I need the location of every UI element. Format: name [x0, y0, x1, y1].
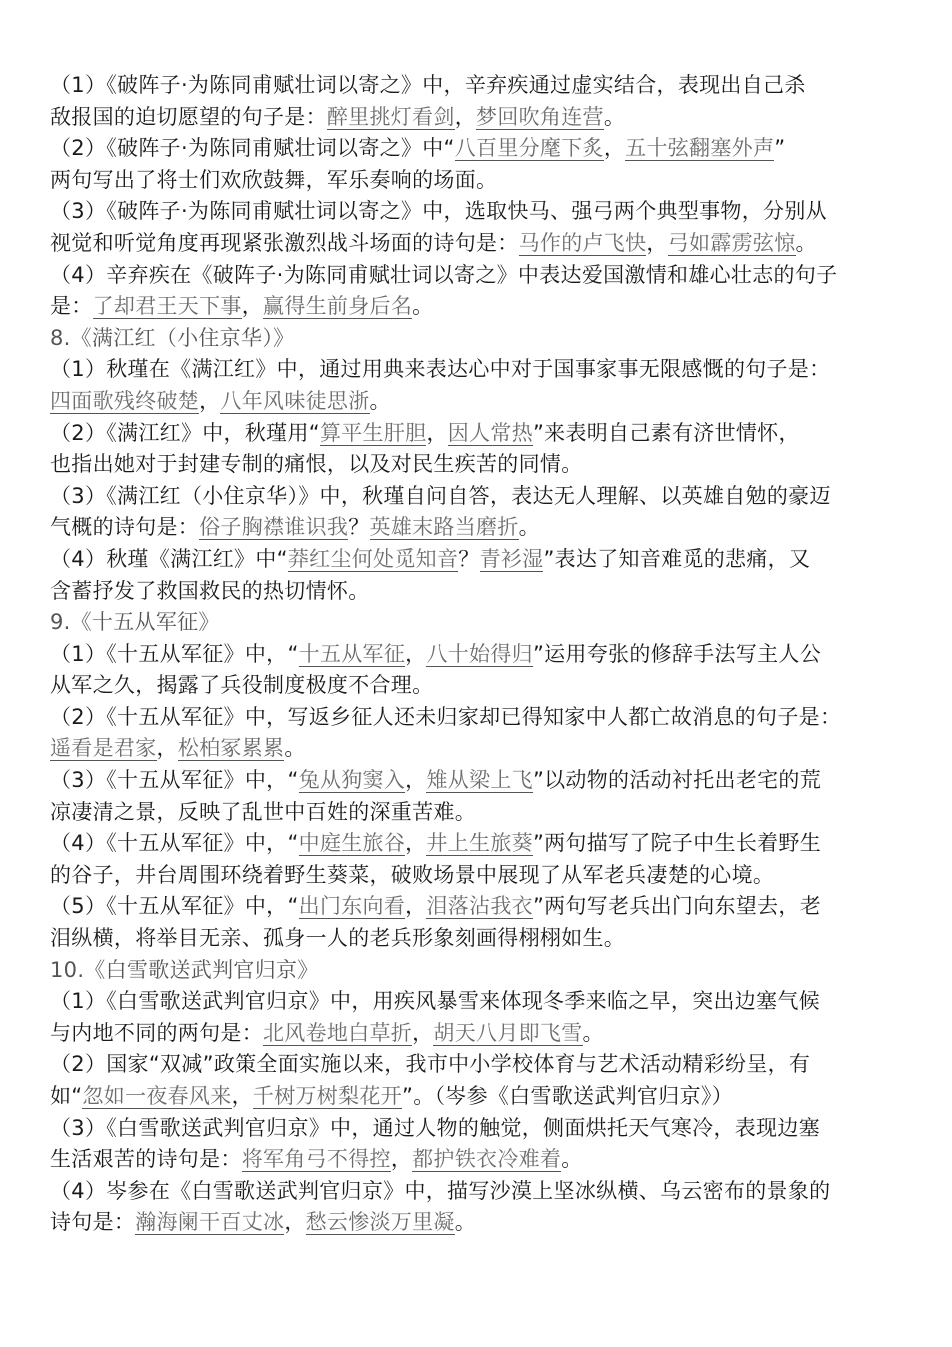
section-s9: 9.《十五从军征》（1）《十五从军征》中，“十五从军征，八十始得归”运用夸张的修…: [50, 607, 890, 955]
question-text: （3）《破阵子·为陈同甫赋壮词以寄之》中，选取快马、强弓两个典型事物，分别从: [50, 199, 827, 223]
question-text: ，: [412, 1021, 433, 1045]
section-heading: 10.《白雪歌送武判官归京》: [50, 955, 890, 987]
question-text: （2）《破阵子·为陈同甫赋壮词以寄之》中“: [50, 136, 455, 160]
answer-blank: 北风卷地白草折: [263, 1021, 412, 1046]
section-heading: 9.《十五从军征》: [50, 607, 890, 639]
question-item: （4）辛弃疾在《破阵子·为陈同甫赋壮词以寄之》中表达爱国激情和雄心壮志的句子是：…: [50, 260, 890, 323]
answer-blank: 五十弦翻塞外声: [625, 136, 774, 161]
answer-blank: 兔从狗窦入: [299, 768, 406, 793]
question-text: （3）《白雪歌送武判官归京》中，通过人物的触觉，侧面烘托天气寒冷，表现边塞: [50, 1116, 820, 1140]
question-text: （4）岑参在《白雪歌送武判官归京》中，描写沙漠上坚冰纵横、乌云密布的景象的: [50, 1179, 830, 1203]
question-text: ”。（岑参《白雪歌送武判官归京》）: [402, 1084, 733, 1108]
question-text: （4）《十五从军征》中，“: [50, 831, 299, 855]
text-line: （3）《满江红（小住京华）》中，秋瑾自问自答，表达无人理解、以英雄自勉的豪迈: [50, 481, 890, 513]
text-line: 四面歌残终破楚，八年风味徒思浙。: [50, 386, 890, 418]
answer-blank: 八年风味徒思浙: [220, 389, 369, 414]
question-item: （5）《十五从军征》中，“出门东向看，泪落沾我衣”两句写老兵出门向东望去，老泪纵…: [50, 891, 890, 954]
question-text: ”表达了知音难觅的悲痛，又: [543, 547, 810, 571]
answer-blank: 因人常热: [448, 421, 533, 446]
question-text: （2）《满江红》中，秋瑾用“: [50, 421, 320, 445]
question-item: （2）《满江红》中，秋瑾用“算平生肝胆，因人常热”来表明自己素有济世情怀，也指出…: [50, 418, 890, 481]
text-line: （4）辛弃疾在《破阵子·为陈同甫赋壮词以寄之》中表达爱国激情和雄心壮志的句子: [50, 260, 890, 292]
answer-blank: 马作的卢飞快: [519, 231, 647, 256]
answer-blank: 梦回吹角连营: [476, 105, 604, 130]
question-text: （1）《白雪歌送武判官归京》中，用疾风暴雪来体现冬季来临之早，突出边塞气候: [50, 989, 820, 1013]
answer-blank: 遥看是君家: [50, 736, 157, 761]
question-text: ，: [242, 294, 263, 318]
answer-blank: 愁云惨淡万里凝: [306, 1210, 455, 1235]
text-line: 的谷子，井台周围环绕着野生葵菜，破败场景中展现了从军老兵凄楚的心境。: [50, 860, 890, 892]
text-line: （5）《十五从军征》中，“出门东向看，泪落沾我衣”两句写老兵出门向东望去，老: [50, 891, 890, 923]
question-text: 从军之久，揭露了兵役制度极度不合理。: [50, 673, 433, 697]
text-line: （1）《十五从军征》中，“十五从军征，八十始得归”运用夸张的修辞手法写主人公: [50, 639, 890, 671]
text-line: 诗句是：瀚海阑干百丈冰，愁云惨淡万里凝。: [50, 1207, 890, 1239]
answer-blank: 莽红尘何处觅知音: [288, 547, 458, 572]
text-line: （2）《满江红》中，秋瑾用“算平生肝胆，因人常热”来表明自己素有济世情怀，: [50, 418, 890, 450]
answer-blank: 四面歌残终破楚: [50, 389, 199, 414]
question-text: 生活艰苦的诗句是：: [50, 1147, 242, 1171]
question-text: 。: [561, 1147, 582, 1171]
text-line: （1）《白雪歌送武判官归京》中，用疾风暴雪来体现冬季来临之早，突出边塞气候: [50, 986, 890, 1018]
question-text: （4）辛弃疾在《破阵子·为陈同甫赋壮词以寄之》中表达爱国激情和雄心壮志的句子: [50, 263, 837, 287]
text-line: 敌报国的迫切愿望的句子是：醉里挑灯看剑，梦回吹角连营。: [50, 102, 890, 134]
text-line: （2）《十五从军征》中，写返乡征人还未归家却已得知家中人都亡故消息的句子是：: [50, 702, 890, 734]
answer-blank: 赢得生前身后名: [263, 294, 412, 319]
question-text: 。: [455, 1210, 476, 1234]
section-heading: 8.《满江红（小住京华）》: [50, 323, 890, 355]
answer-blank: 醉里挑灯看剑: [327, 105, 455, 130]
question-text: 。: [604, 105, 625, 129]
text-line: 如“忽如一夜春风来，千树万树梨花开”。（岑参《白雪歌送武判官归京》）: [50, 1081, 890, 1113]
question-text: ”两句描写了院子中生长着野生: [533, 831, 821, 855]
text-line: 含蓄抒发了救国救民的热切情怀。: [50, 576, 890, 608]
question-text: ，: [405, 642, 426, 666]
answer-blank: 十五从军征: [299, 642, 406, 667]
answer-blank: 泪落沾我衣: [426, 894, 533, 919]
question-text: 。: [519, 515, 540, 539]
question-item: （2）《破阵子·为陈同甫赋壮词以寄之》中“八百里分麾下炙，五十弦翻塞外声”两句写…: [50, 133, 890, 196]
question-text: ”两句写老兵出门向东望去，老: [533, 894, 821, 918]
text-line: （4）《十五从军征》中，“中庭生旅谷，井上生旅葵”两句描写了院子中生长着野生: [50, 828, 890, 860]
text-line: 视觉和听觉角度再现紧张激烈战斗场面的诗句是：马作的卢飞快，弓如霹雳弦惊。: [50, 228, 890, 260]
text-line: 气概的诗句是：俗子胸襟谁识我？英雄末路当磨折。: [50, 512, 890, 544]
question-text: ，: [405, 831, 426, 855]
text-line: 两句写出了将士们欢欣鼓舞，军乐奏响的场面。: [50, 165, 890, 197]
answer-blank: 井上生旅葵: [426, 831, 533, 856]
question-item: （1）《白雪歌送武判官归京》中，用疾风暴雪来体现冬季来临之早，突出边塞气候与内地…: [50, 986, 890, 1049]
answer-blank: 都护铁衣冷难着: [412, 1147, 561, 1172]
answer-blank: 忽如一夜春风来: [82, 1084, 231, 1109]
question-text: ，: [391, 1147, 412, 1171]
answer-blank: 出门东向看: [299, 894, 406, 919]
text-line: （4）秋瑾《满江红》中“莽红尘何处觅知音？青衫湿”表达了知音难觅的悲痛，又: [50, 544, 890, 576]
question-item: （1）秋瑾在《满江红》中，通过用典来表达心中对于国事家事无限感慨的句子是：四面歌…: [50, 354, 890, 417]
answer-blank: 瀚海阑干百丈冰: [135, 1210, 284, 1235]
text-line: （4）岑参在《白雪歌送武判官归京》中，描写沙漠上坚冰纵横、乌云密布的景象的: [50, 1176, 890, 1208]
question-text: 。: [583, 1021, 604, 1045]
question-item: （4）《十五从军征》中，“中庭生旅谷，井上生旅葵”两句描写了院子中生长着野生的谷…: [50, 828, 890, 891]
text-line: 是：了却君王天下事，赢得生前身后名。: [50, 291, 890, 323]
text-line: （3）《白雪歌送武判官归京》中，通过人物的触觉，侧面烘托天气寒冷，表现边塞: [50, 1113, 890, 1145]
question-text: 的谷子，井台周围环绕着野生葵菜，破败场景中展现了从军老兵凄楚的心境。: [50, 863, 774, 887]
answer-blank: 雉从梁上飞: [426, 768, 533, 793]
question-item: （4）岑参在《白雪歌送武判官归京》中，描写沙漠上坚冰纵横、乌云密布的景象的诗句是…: [50, 1176, 890, 1239]
section-s7: （1）《破阵子·为陈同甫赋壮词以寄之》中，辛弃疾通过虚实结合，表现出自己杀敌报国…: [50, 70, 890, 323]
answer-blank: 八百里分麾下炙: [455, 136, 604, 161]
section-s8: 8.《满江红（小住京华）》（1）秋瑾在《满江红》中，通过用典来表达心中对于国事家…: [50, 323, 890, 607]
text-line: （1）《破阵子·为陈同甫赋壮词以寄之》中，辛弃疾通过虚实结合，表现出自己杀: [50, 70, 890, 102]
text-line: （2）《破阵子·为陈同甫赋壮词以寄之》中“八百里分麾下炙，五十弦翻塞外声”: [50, 133, 890, 165]
question-text: 也指出她对于封建专制的痛恨，以及对民生疾苦的同情。: [50, 452, 583, 476]
question-text: 气概的诗句是：: [50, 515, 199, 539]
question-text: （2）国家“双减”政策全面实施以来，我市中小学校体育与艺术活动精彩纷呈，有: [50, 1052, 810, 1076]
question-item: （3）《满江红（小住京华）》中，秋瑾自问自答，表达无人理解、以英雄自勉的豪迈气概…: [50, 481, 890, 544]
question-item: （3）《破阵子·为陈同甫赋壮词以寄之》中，选取快马、强弓两个典型事物，分别从视觉…: [50, 196, 890, 259]
question-text: （3）《满江红（小住京华）》中，秋瑾自问自答，表达无人理解、以英雄自勉的豪迈: [50, 484, 831, 508]
question-text: 。: [284, 736, 305, 760]
text-line: 凉凄清之景，反映了乱世中百姓的深重苦难。: [50, 797, 890, 829]
answer-blank: 将军角弓不得控: [242, 1147, 391, 1172]
question-text: ”: [774, 136, 785, 160]
question-text: ”运用夸张的修辞手法写主人公: [533, 642, 821, 666]
question-text: ，: [157, 736, 178, 760]
answer-blank: 了却君王天下事: [93, 294, 242, 319]
question-text: 两句写出了将士们欢欣鼓舞，军乐奏响的场面。: [50, 168, 497, 192]
question-text: ”来表明自己素有济世情怀，: [533, 421, 800, 445]
document-page: （1）《破阵子·为陈同甫赋壮词以寄之》中，辛弃疾通过虚实结合，表现出自己杀敌报国…: [50, 70, 890, 1239]
question-text: ，: [405, 894, 426, 918]
question-text: ，: [232, 1084, 253, 1108]
text-line: 与内地不同的两句是：北风卷地白草折，胡天八月即飞雪。: [50, 1018, 890, 1050]
text-line: 也指出她对于封建专制的痛恨，以及对民生疾苦的同情。: [50, 449, 890, 481]
question-text: 诗句是：: [50, 1210, 135, 1234]
question-text: ，: [284, 1210, 305, 1234]
answer-blank: 弓如霹雳弦惊: [668, 231, 796, 256]
question-text: 。: [412, 294, 433, 318]
text-line: 遥看是君家，松柏冢累累。: [50, 733, 890, 765]
question-text: （1）《十五从军征》中，“: [50, 642, 299, 666]
question-text: ，: [405, 768, 426, 792]
question-item: （1）《十五从军征》中，“十五从军征，八十始得归”运用夸张的修辞手法写主人公从军…: [50, 639, 890, 702]
question-text: 泪纵横，将举目无亲、孤身一人的老兵形象刻画得栩栩如生。: [50, 926, 625, 950]
answer-blank: 胡天八月即飞雪: [433, 1021, 582, 1046]
answer-blank: 英雄末路当磨折: [370, 515, 519, 540]
answer-blank: 中庭生旅谷: [299, 831, 406, 856]
text-line: 生活艰苦的诗句是：将军角弓不得控，都护铁衣冷难着。: [50, 1144, 890, 1176]
question-item: （2）国家“双减”政策全面实施以来，我市中小学校体育与艺术活动精彩纷呈，有如“忽…: [50, 1049, 890, 1112]
answer-blank: 青衫湿: [480, 547, 544, 572]
question-item: （1）《破阵子·为陈同甫赋壮词以寄之》中，辛弃疾通过虚实结合，表现出自己杀敌报国…: [50, 70, 890, 133]
text-line: 从军之久，揭露了兵役制度极度不合理。: [50, 670, 890, 702]
question-text: 敌报国的迫切愿望的句子是：: [50, 105, 327, 129]
answer-blank: 八十始得归: [426, 642, 533, 667]
question-item: （3）《白雪歌送武判官归京》中，通过人物的触觉，侧面烘托天气寒冷，表现边塞生活艰…: [50, 1113, 890, 1176]
question-text: ，: [646, 231, 667, 255]
question-text: ？: [458, 547, 479, 571]
answer-blank: 算平生肝胆: [320, 421, 427, 446]
text-line: （1）秋瑾在《满江红》中，通过用典来表达心中对于国事家事无限感慨的句子是：: [50, 354, 890, 386]
question-text: 是：: [50, 294, 93, 318]
question-text: （5）《十五从军征》中，“: [50, 894, 299, 918]
question-text: 如“: [50, 1084, 82, 1108]
question-text: 视觉和听觉角度再现紧张激烈战斗场面的诗句是：: [50, 231, 519, 255]
question-text: （1）《破阵子·为陈同甫赋壮词以寄之》中，辛弃疾通过虚实结合，表现出自己杀: [50, 73, 806, 97]
text-line: （3）《破阵子·为陈同甫赋壮词以寄之》中，选取快马、强弓两个典型事物，分别从: [50, 196, 890, 228]
question-text: 含蓄抒发了救国救民的热切情怀。: [50, 579, 370, 603]
question-item: （4）秋瑾《满江红》中“莽红尘何处觅知音？青衫湿”表达了知音难觅的悲痛，又含蓄抒…: [50, 544, 890, 607]
question-text: ？: [348, 515, 369, 539]
question-item: （3）《十五从军征》中，“兔从狗窦入，雉从梁上飞”以动物的活动衬托出老宅的荒凉凄…: [50, 765, 890, 828]
text-line: （2）国家“双减”政策全面实施以来，我市中小学校体育与艺术活动精彩纷呈，有: [50, 1049, 890, 1081]
answer-blank: 千树万树梨花开: [253, 1084, 402, 1109]
question-text: ，: [604, 136, 625, 160]
question-text: 凉凄清之景，反映了乱世中百姓的深重苦难。: [50, 800, 476, 824]
question-text: （3）《十五从军征》中，“: [50, 768, 299, 792]
question-text: （2）《十五从军征》中，写返乡征人还未归家却已得知家中人都亡故消息的句子是：: [50, 705, 841, 729]
question-text: ，: [455, 105, 476, 129]
question-text: 。: [796, 231, 817, 255]
question-text: ”以动物的活动衬托出老宅的荒: [533, 768, 821, 792]
answer-blank: 俗子胸襟谁识我: [199, 515, 348, 540]
question-text: 与内地不同的两句是：: [50, 1021, 263, 1045]
answer-blank: 松柏冢累累: [178, 736, 285, 761]
text-line: 泪纵横，将举目无亲、孤身一人的老兵形象刻画得栩栩如生。: [50, 923, 890, 955]
text-line: （3）《十五从军征》中，“兔从狗窦入，雉从梁上飞”以动物的活动衬托出老宅的荒: [50, 765, 890, 797]
question-item: （2）《十五从军征》中，写返乡征人还未归家却已得知家中人都亡故消息的句子是：遥看…: [50, 702, 890, 765]
question-text: （1）秋瑾在《满江红》中，通过用典来表达心中对于国事家事无限感慨的句子是：: [50, 357, 830, 381]
question-text: ，: [426, 421, 447, 445]
question-text: （4）秋瑾《满江红》中“: [50, 547, 288, 571]
question-text: 。: [370, 389, 391, 413]
question-text: ，: [199, 389, 220, 413]
section-s10: 10.《白雪歌送武判官归京》（1）《白雪歌送武判官归京》中，用疾风暴雪来体现冬季…: [50, 955, 890, 1239]
